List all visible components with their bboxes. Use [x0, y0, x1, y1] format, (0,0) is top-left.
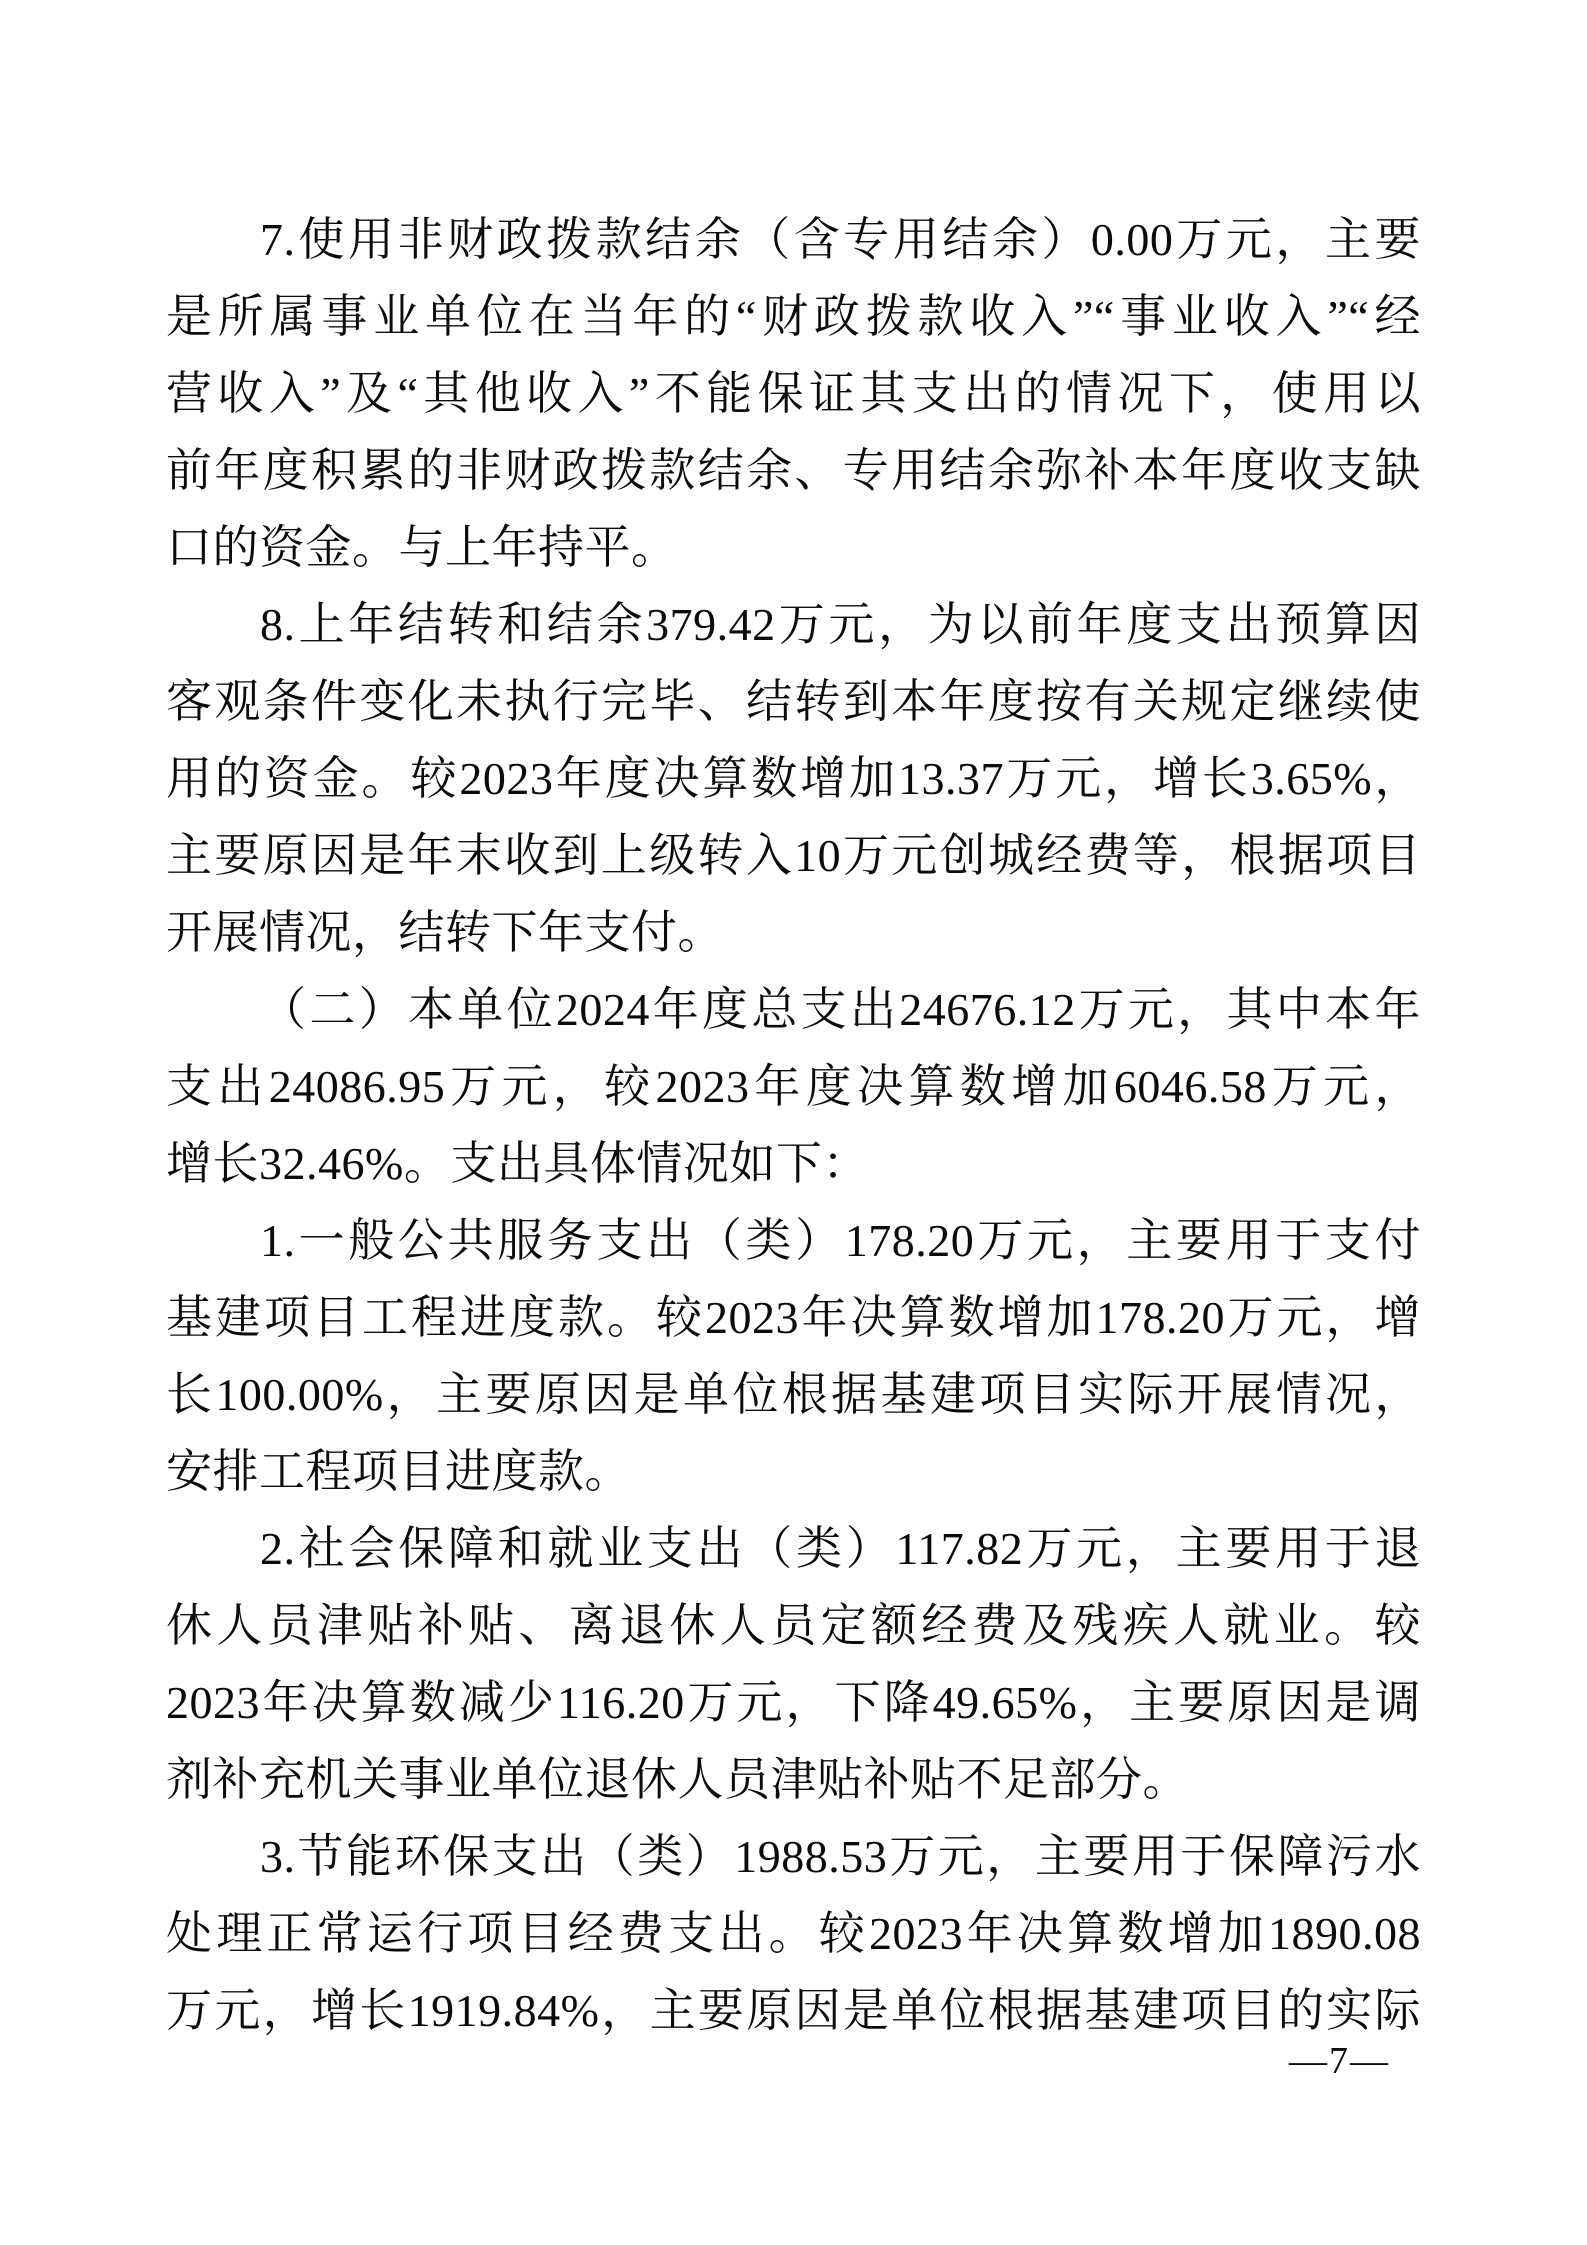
document-line: 万元，增长1919.84%，主要原因是单位根据基建项目的实际 — [166, 1972, 1421, 2049]
document-line: 长100.00%，主要原因是单位根据基建项目实际开展情况， — [166, 1356, 1421, 1433]
document-line: 2023年决算数减少116.20万元，下降49.65%，主要原因是调 — [166, 1664, 1421, 1741]
document-line: 3.节能环保支出（类）1988.53万元，主要用于保障污水 — [166, 1818, 1421, 1895]
document-line: 支出24086.95万元，较2023年度决算数增加6046.58万元， — [166, 1048, 1421, 1125]
document-line: 营收入”及“其他收入”不能保证其支出的情况下，使用以 — [166, 355, 1421, 432]
document-line: 2.社会保障和就业支出（类）117.82万元，主要用于退 — [166, 1510, 1421, 1587]
document-body: 7.使用非财政拨款结余（含专用结余）0.00万元，主要是所属事业单位在当年的“财… — [166, 201, 1421, 2049]
document-line: 剂补充机关事业单位退休人员津贴补贴不足部分。 — [166, 1741, 1421, 1818]
document-line: 主要原因是年末收到上级转入10万元创城经费等，根据项目 — [166, 817, 1421, 894]
page-number: —7— — [1289, 2040, 1390, 2082]
document-line: 安排工程项目进度款。 — [166, 1433, 1421, 1510]
document-line: 1.一般公共服务支出（类）178.20万元，主要用于支付 — [166, 1202, 1421, 1279]
document-line: 7.使用非财政拨款结余（含专用结余）0.00万元，主要 — [166, 201, 1421, 278]
document-line: 基建项目工程进度款。较2023年决算数增加178.20万元，增 — [166, 1279, 1421, 1356]
document-line: 增长32.46%。支出具体情况如下： — [166, 1125, 1421, 1202]
page-footer: —7— — [1289, 2042, 1390, 2080]
document-line: 用的资金。较2023年度决算数增加13.37万元，增长3.65%， — [166, 740, 1421, 817]
document-line: 前年度积累的非财政拨款结余、专用结余弥补本年度收支缺 — [166, 432, 1421, 509]
document-page: 7.使用非财政拨款结余（含专用结余）0.00万元，主要是所属事业单位在当年的“财… — [0, 0, 1587, 2245]
document-line: 是所属事业单位在当年的“财政拨款收入”“事业收入”“经 — [166, 278, 1421, 355]
document-line: 8.上年结转和结余379.42万元，为以前年度支出预算因 — [166, 586, 1421, 663]
document-line: 休人员津贴补贴、离退休人员定额经费及残疾人就业。较 — [166, 1587, 1421, 1664]
document-line: （二）本单位2024年度总支出24676.12万元，其中本年 — [166, 971, 1421, 1048]
document-line: 口的资金。与上年持平。 — [166, 509, 1421, 586]
document-line: 开展情况，结转下年支付。 — [166, 894, 1421, 971]
document-line: 客观条件变化未执行完毕、结转到本年度按有关规定继续使 — [166, 663, 1421, 740]
document-page-root: { "document": { "paragraphs": [ { "id": … — [0, 0, 1587, 2245]
document-line: 处理正常运行项目经费支出。较2023年决算数增加1890.08 — [166, 1895, 1421, 1972]
